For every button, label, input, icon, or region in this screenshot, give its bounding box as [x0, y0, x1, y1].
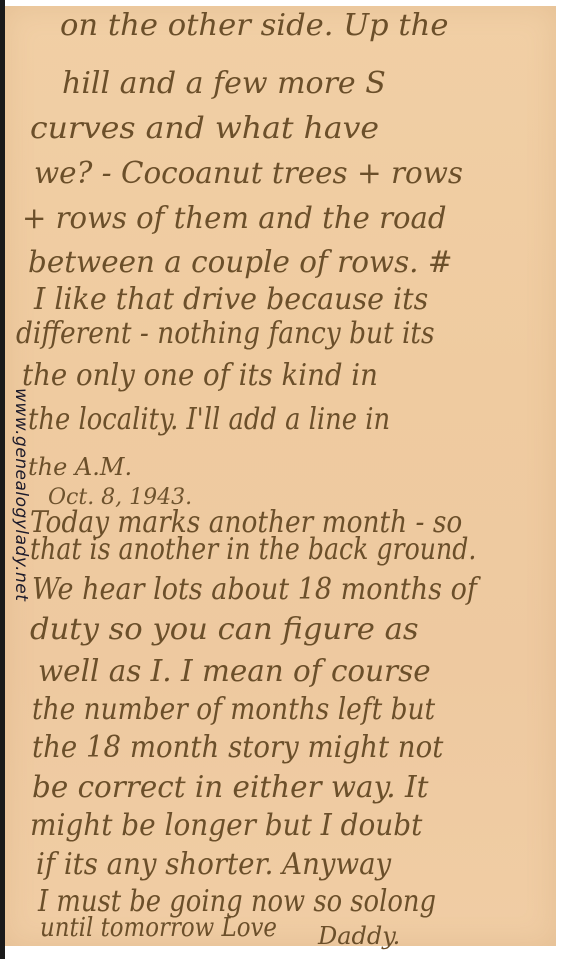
letter-body-line: duty so you can figure as: [30, 612, 419, 648]
letter-body-line: until tomorrow Love: [40, 910, 277, 946]
letter-line: hill and a few more S: [62, 66, 386, 102]
letter-body-line: We hear lots about 18 months of: [32, 572, 477, 608]
letter-body-line: the 18 month story might not: [32, 730, 443, 766]
letter-line: I like that drive because its: [34, 282, 428, 318]
letter-body-line: if its any shorter. Anyway: [36, 847, 391, 883]
letter-body-line: be correct in either way. It: [32, 770, 428, 806]
letter-signature: Daddy.: [318, 918, 400, 954]
letter-line: curves and what have: [30, 111, 379, 147]
letter-line: different - nothing fancy but its: [16, 316, 435, 352]
letter-body-line: might be longer but I doubt: [30, 808, 422, 844]
letter-line: we? - Cocoanut trees + rows: [34, 156, 463, 192]
letter-line: the locality. I'll add a line in: [28, 402, 390, 438]
letter-line: between a couple of rows. #: [28, 245, 452, 281]
letter-body-line: that is another in the back ground.: [30, 532, 476, 568]
letter-body-line: the number of months left but: [32, 692, 435, 728]
letter-line: the only one of its kind in: [22, 358, 378, 394]
letter-line: on the other side. Up the: [60, 8, 448, 44]
letter-body-line: well as I. I mean of course: [38, 654, 431, 690]
letter-line: + rows of them and the road: [22, 201, 446, 237]
